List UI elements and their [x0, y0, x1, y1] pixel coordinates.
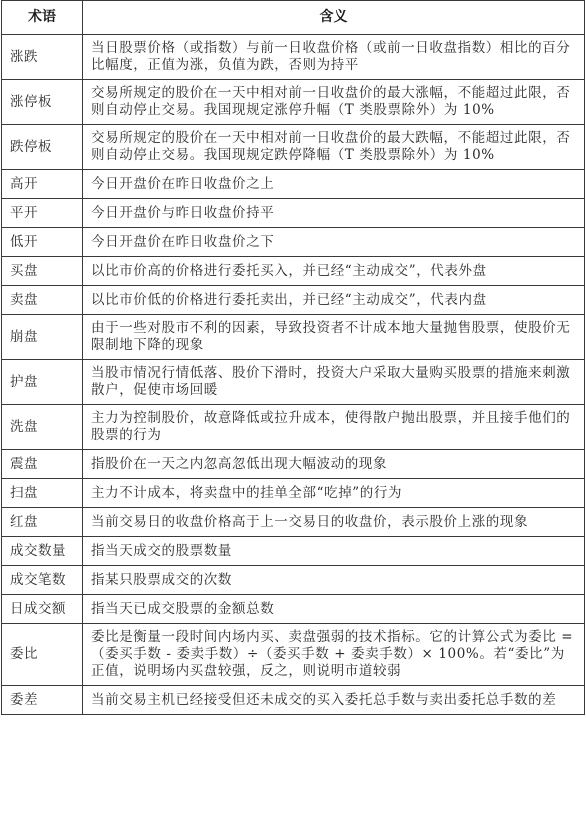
- definition-cell: 当前交易日的收盘价格高于上一交易日的收盘价，表示股价上涨的现象: [83, 508, 585, 537]
- definition-cell: 以比市价低的价格进行委托卖出，并已经“主动成交”，代表内盘: [83, 286, 585, 315]
- table-row: 买盘 以比市价高的价格进行委托买入，并已经“主动成交”，代表外盘: [2, 257, 585, 286]
- table-row: 崩盘 由于一些对股市不利的因素，导致投资者不计成本地大量抛售股票，使股价无限制地…: [2, 315, 585, 360]
- definition-cell: 指股价在一天之内忽高忽低出现大幅波动的现象: [83, 450, 585, 479]
- term-cell: 涨停板: [2, 80, 83, 125]
- term-cell: 日成交额: [2, 595, 83, 624]
- table-row: 委差 当前交易主机已经接受但还未成交的买入委托总手数与卖出委托总手数的差: [2, 686, 585, 715]
- table-row: 涨跌 当日股票价格（或指数）与前一日收盘价格（或前一日收盘指数）相比的百分比幅度…: [2, 35, 585, 80]
- table-row: 日成交额 指当天已成交股票的金额总数: [2, 595, 585, 624]
- table-row: 扫盘 主力不计成本，将卖盘中的挂单全部“吃掉”的行为: [2, 479, 585, 508]
- term-cell: 高开: [2, 170, 83, 199]
- table-row: 涨停板 交易所规定的股价在一天中相对前一日收盘价的最大涨幅，不能超过此限，否则自…: [2, 80, 585, 125]
- term-cell: 崩盘: [2, 315, 83, 360]
- definition-cell: 当前交易主机已经接受但还未成交的买入委托总手数与卖出委托总手数的差: [83, 686, 585, 715]
- term-cell: 涨跌: [2, 35, 83, 80]
- stock-terms-table: 术语 含义 涨跌 当日股票价格（或指数）与前一日收盘价格（或前一日收盘指数）相比…: [1, 0, 585, 715]
- definition-cell: 主力不计成本，将卖盘中的挂单全部“吃掉”的行为: [83, 479, 585, 508]
- table-row: 成交笔数 指某只股票成交的次数: [2, 566, 585, 595]
- table-row: 高开 今日开盘价在昨日收盘价之上: [2, 170, 585, 199]
- term-cell: 震盘: [2, 450, 83, 479]
- definition-cell: 指某只股票成交的次数: [83, 566, 585, 595]
- table-row: 卖盘 以比市价低的价格进行委托卖出，并已经“主动成交”，代表内盘: [2, 286, 585, 315]
- term-cell: 护盘: [2, 360, 83, 405]
- header-term: 术语: [2, 1, 83, 35]
- table-header-row: 术语 含义: [2, 1, 585, 35]
- term-cell: 跌停板: [2, 125, 83, 170]
- term-cell: 洗盘: [2, 405, 83, 450]
- term-cell: 委比: [2, 624, 83, 686]
- term-cell: 成交笔数: [2, 566, 83, 595]
- term-cell: 成交数量: [2, 537, 83, 566]
- definition-cell: 交易所规定的股价在一天中相对前一日收盘价的最大涨幅，不能超过此限，否则自动停止交…: [83, 80, 585, 125]
- term-cell: 卖盘: [2, 286, 83, 315]
- table-row: 成交数量 指当天成交的股票数量: [2, 537, 585, 566]
- definition-cell: 交易所规定的股价在一天中相对前一日收盘价的最大跌幅，不能超过此限，否则自动停止交…: [83, 125, 585, 170]
- table-row: 洗盘 主力为控制股价，故意降低或拉升成本，使得散户抛出股票，并且接手他们的股票的…: [2, 405, 585, 450]
- definition-cell: 今日开盘价在昨日收盘价之下: [83, 228, 585, 257]
- definition-cell: 今日开盘价在昨日收盘价之上: [83, 170, 585, 199]
- table-row: 低开 今日开盘价在昨日收盘价之下: [2, 228, 585, 257]
- term-cell: 平开: [2, 199, 83, 228]
- definition-cell: 指当天已成交股票的金额总数: [83, 595, 585, 624]
- term-cell: 买盘: [2, 257, 83, 286]
- term-cell: 扫盘: [2, 479, 83, 508]
- definition-cell: 指当天成交的股票数量: [83, 537, 585, 566]
- table-row: 跌停板 交易所规定的股价在一天中相对前一日收盘价的最大跌幅，不能超过此限，否则自…: [2, 125, 585, 170]
- table-row: 震盘 指股价在一天之内忽高忽低出现大幅波动的现象: [2, 450, 585, 479]
- glossary-page: 术语 含义 涨跌 当日股票价格（或指数）与前一日收盘价格（或前一日收盘指数）相比…: [0, 0, 586, 837]
- table-row: 红盘 当前交易日的收盘价格高于上一交易日的收盘价，表示股价上涨的现象: [2, 508, 585, 537]
- term-cell: 委差: [2, 686, 83, 715]
- table-row: 护盘 当股市情况行情低落、股价下滑时，投资大户采取大量购买股票的措施来刺激散户，…: [2, 360, 585, 405]
- term-cell: 低开: [2, 228, 83, 257]
- definition-cell: 当股市情况行情低落、股价下滑时，投资大户采取大量购买股票的措施来刺激散户，促使市…: [83, 360, 585, 405]
- definition-cell: 今日开盘价与昨日收盘价持平: [83, 199, 585, 228]
- term-cell: 红盘: [2, 508, 83, 537]
- definition-cell: 委比是衡量一段时间内场内买、卖盘强弱的技术指标。它的计算公式为委比 =（委买手数…: [83, 624, 585, 686]
- header-meaning: 含义: [83, 1, 585, 35]
- table-row: 平开 今日开盘价与昨日收盘价持平: [2, 199, 585, 228]
- definition-cell: 主力为控制股价，故意降低或拉升成本，使得散户抛出股票，并且接手他们的股票的行为: [83, 405, 585, 450]
- definition-cell: 由于一些对股市不利的因素，导致投资者不计成本地大量抛售股票，使股价无限制地下降的…: [83, 315, 585, 360]
- definition-cell: 以比市价高的价格进行委托买入，并已经“主动成交”，代表外盘: [83, 257, 585, 286]
- table-row: 委比 委比是衡量一段时间内场内买、卖盘强弱的技术指标。它的计算公式为委比 =（委…: [2, 624, 585, 686]
- definition-cell: 当日股票价格（或指数）与前一日收盘价格（或前一日收盘指数）相比的百分比幅度，正值…: [83, 35, 585, 80]
